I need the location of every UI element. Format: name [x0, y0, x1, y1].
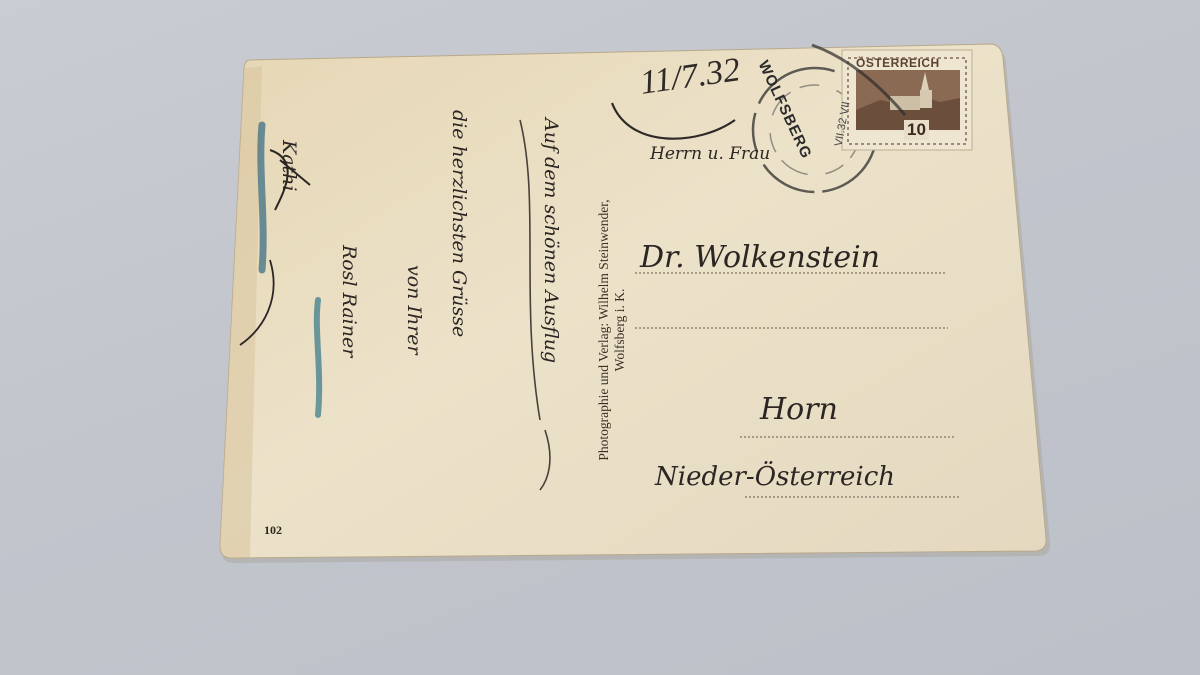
- message-line: die herzlichsten Grüsse: [448, 110, 470, 337]
- message-line: Kathi: [278, 140, 300, 191]
- postage-stamp: ÖSTERREICH 10: [842, 50, 972, 150]
- address-salutation: Herrn u. Frau: [650, 144, 770, 164]
- publisher-line-1: Photographie und Verlag: Wilhelm Steinwe…: [596, 199, 612, 460]
- address-region: Nieder-Österreich: [655, 462, 895, 492]
- stamp-country: ÖSTERREICH: [856, 56, 940, 70]
- publisher-imprint: Photographie und Verlag: Wilhelm Steinwe…: [596, 199, 628, 460]
- publisher-line-2: Wolfsberg i. K.: [612, 199, 628, 460]
- message-line: Auf dem schönen Ausflug: [540, 118, 562, 363]
- message-line: von Ihrer: [403, 265, 425, 355]
- message-line: Rosl Rainer: [338, 245, 360, 357]
- stamp-value: 10: [904, 120, 929, 140]
- postcard: Photographie und Verlag: Wilhelm Steinwe…: [0, 0, 1200, 675]
- card-number: 102: [264, 523, 282, 538]
- address-city: Horn: [760, 392, 838, 427]
- address-name: Dr. Wolkenstein: [640, 240, 880, 275]
